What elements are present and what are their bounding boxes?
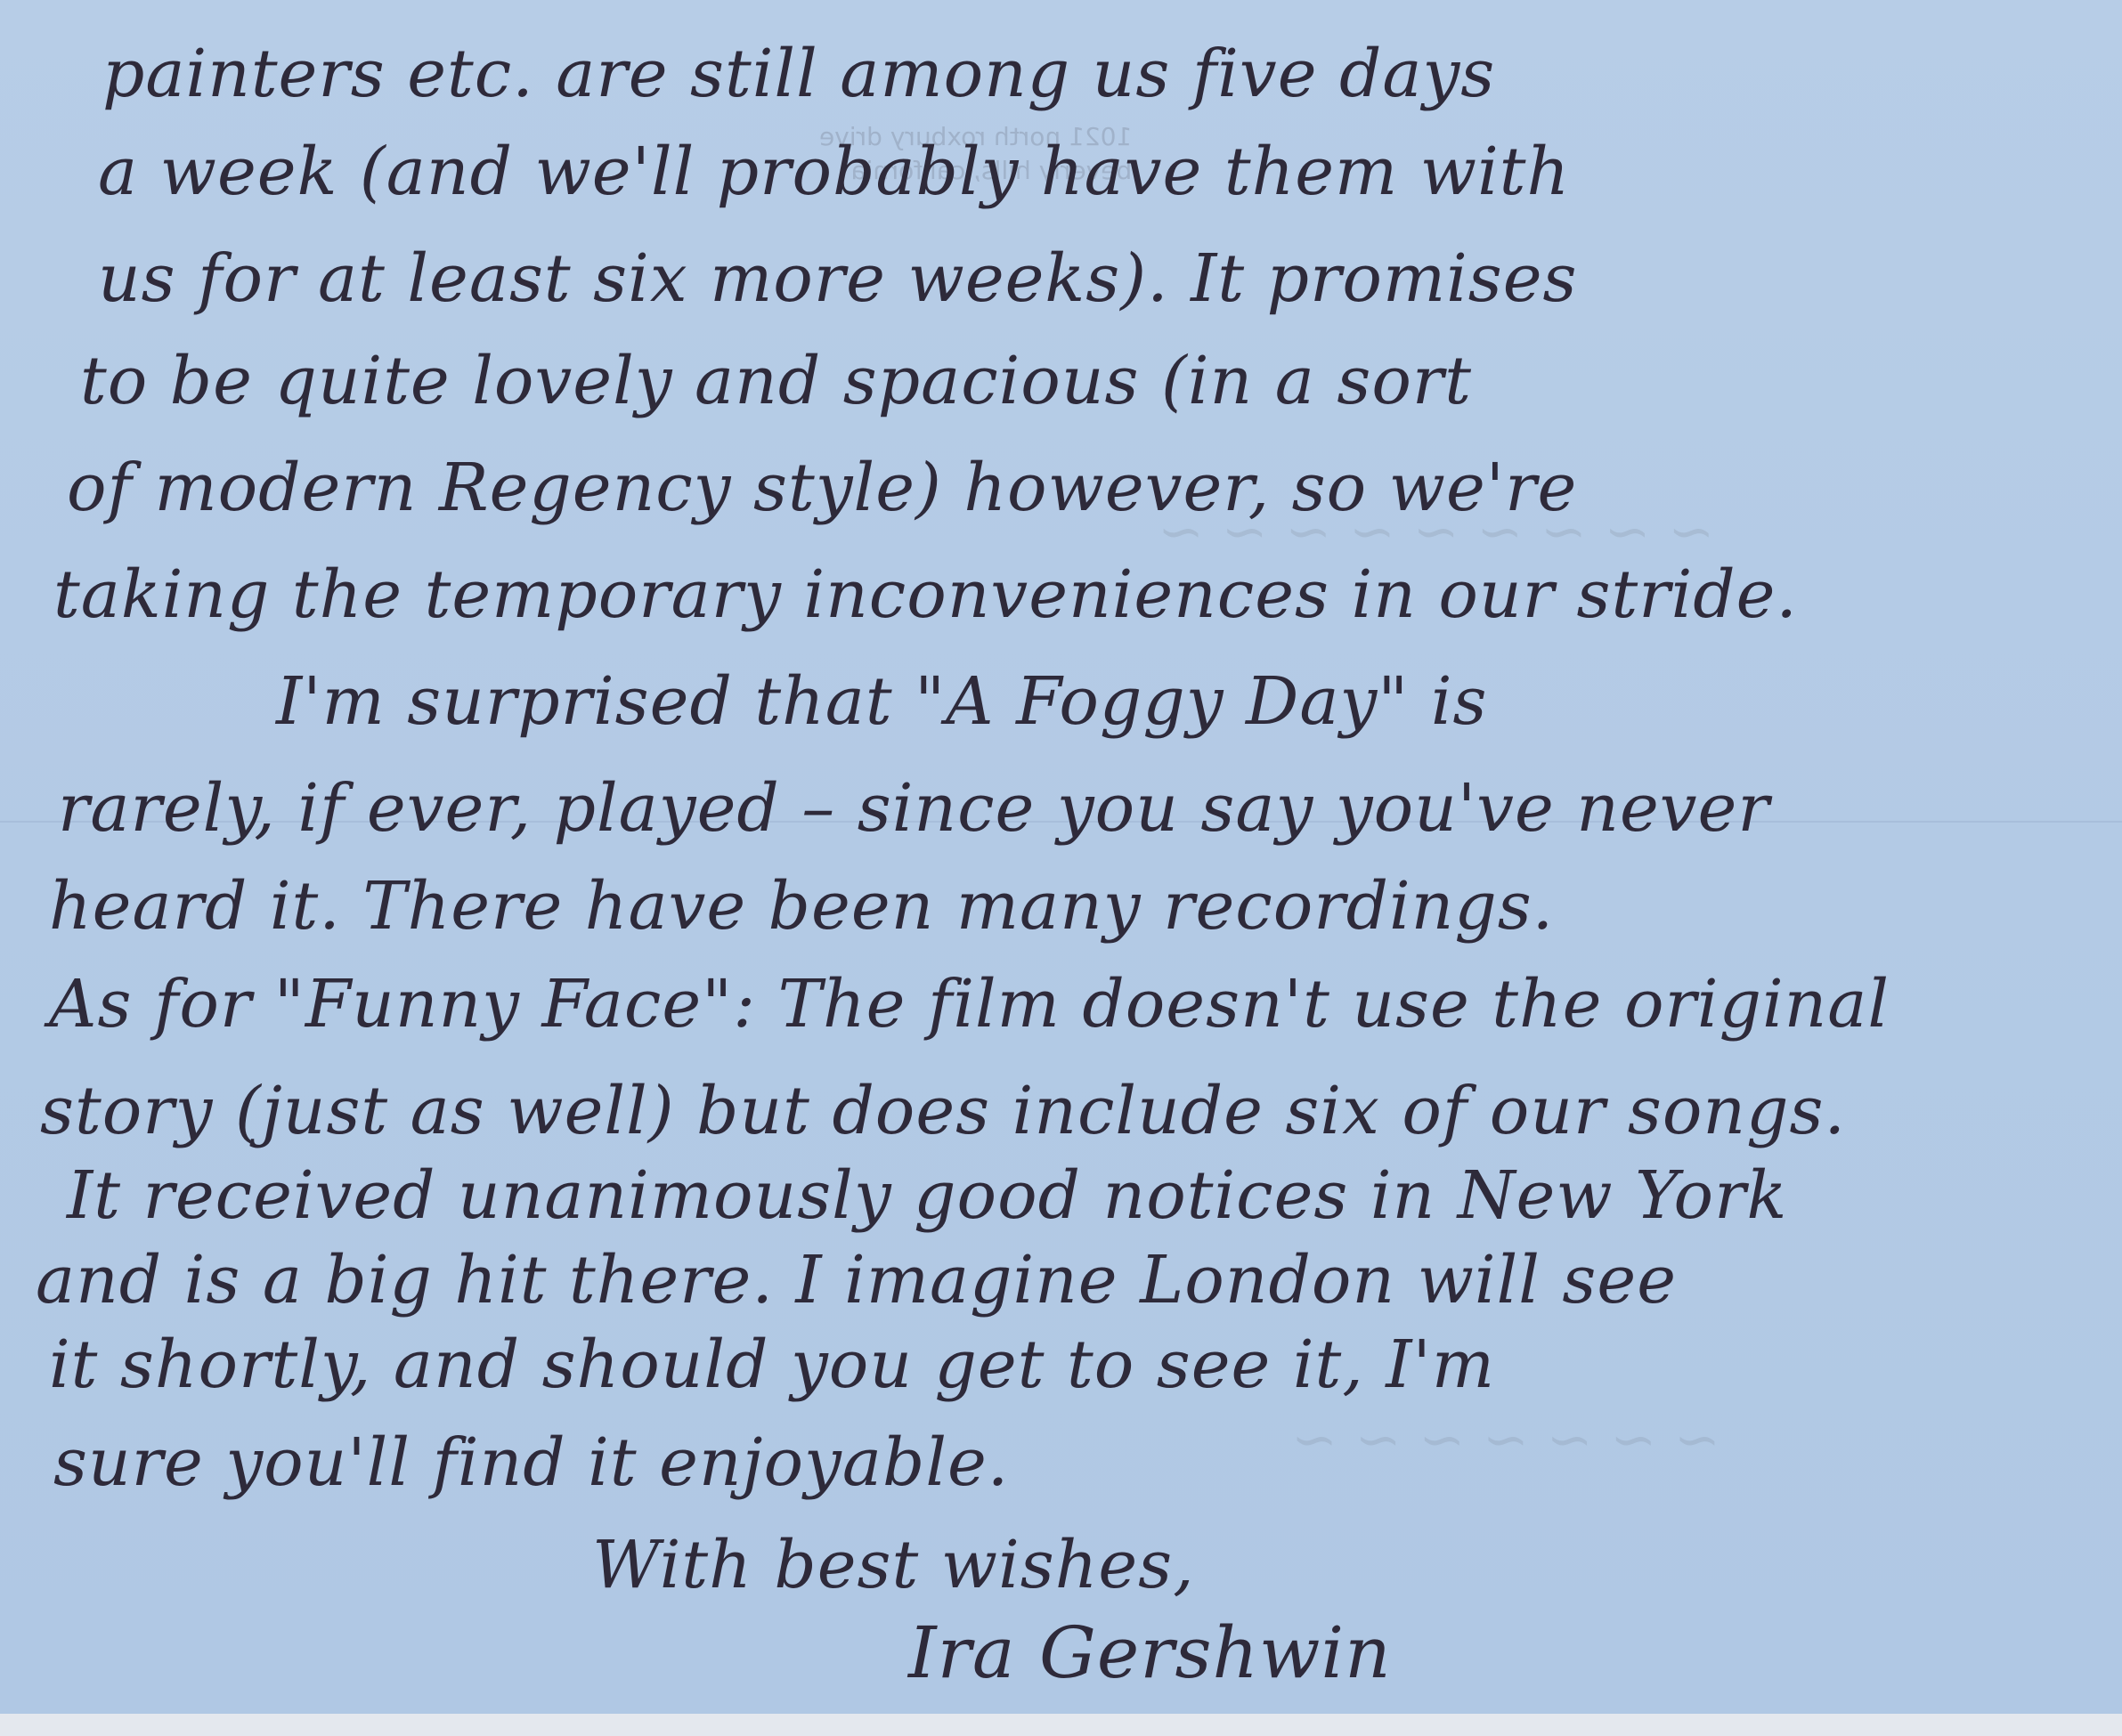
- letter-line: and is a big hit there. I imagine London…: [36, 1242, 1677, 1318]
- letter-line: of modern Regency style) however, so we'…: [67, 450, 1577, 526]
- letter-line: sure you'll find it enjoyable.: [53, 1424, 1009, 1501]
- letter-line: us for at least six more weeks). It prom…: [98, 240, 1578, 317]
- letter-line: story (just as well) but does include si…: [40, 1073, 1846, 1149]
- letter-closing: With best wishes,: [592, 1527, 1195, 1603]
- letter-line: it shortly, and should you get to see it…: [49, 1326, 1495, 1403]
- letter-line: rarely, if ever, played – since you say …: [58, 770, 1770, 847]
- letter-line: painters etc. are still among us five da…: [102, 36, 1495, 112]
- letter-line: I'm surprised that "A Foggy Day" is: [276, 663, 1488, 740]
- letter-line: taking the temporary inconveniences in o…: [53, 556, 1798, 633]
- letter-line: As for "Funny Face": The film doesn't us…: [49, 966, 1890, 1042]
- letter-line: It received unanimously good notices in …: [67, 1157, 1787, 1234]
- paper-bottom-edge: [0, 1714, 2122, 1736]
- letter-line: to be quite lovely and spacious (in a so…: [80, 343, 1472, 419]
- reverse-side-bleed-text: ~ ~ ~ ~ ~ ~ ~: [1291, 1407, 1720, 1472]
- letter-line: a week (and we'll probably have them wit…: [98, 134, 1570, 210]
- signature: Ira Gershwin: [908, 1611, 1392, 1694]
- letter-line: heard it. There have been many recording…: [49, 868, 1554, 945]
